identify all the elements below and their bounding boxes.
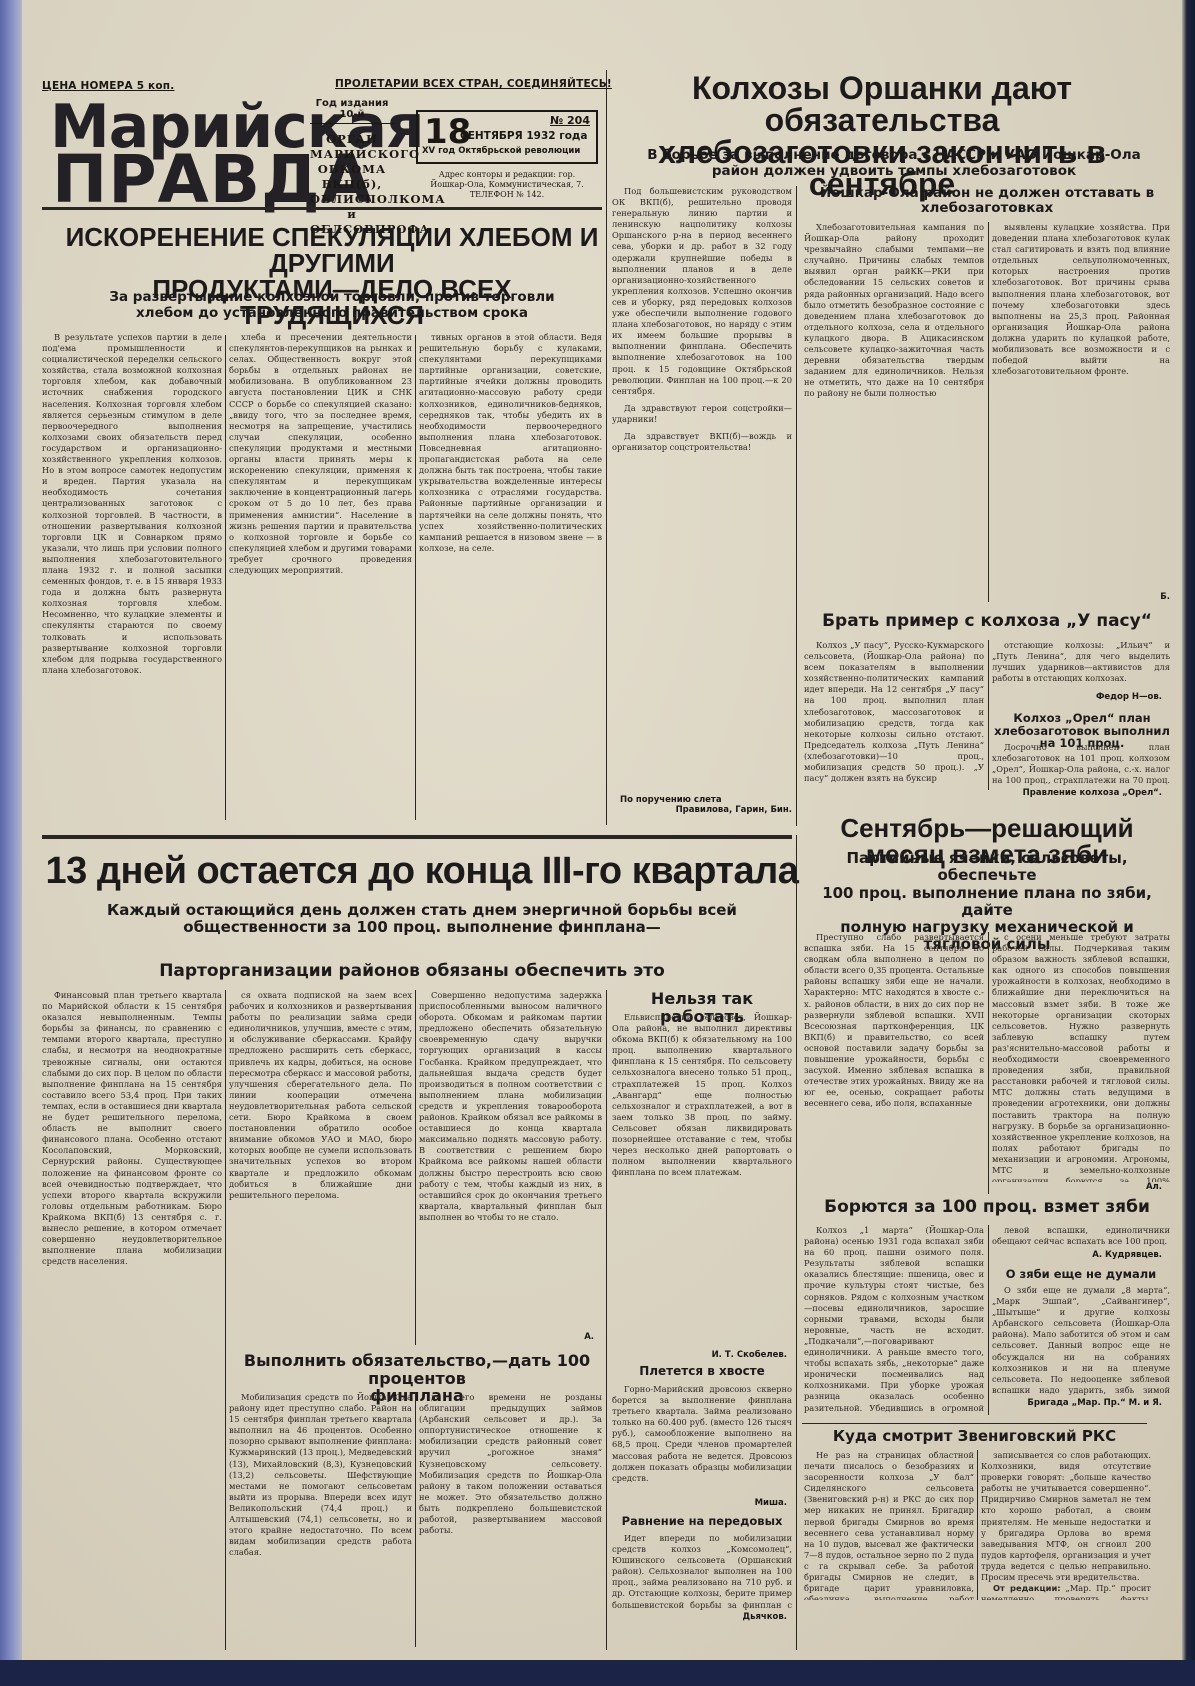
tail-body: Горно-Марийский дровсоюз скверно борется… (612, 1384, 792, 1494)
u-pasu-col2: отстающие колхозы: „Ильич“ и „Путь Ленин… (992, 640, 1170, 690)
not-thinking-headline: О зяби еще не думали (992, 1268, 1170, 1281)
editorial-address: Адрес конторы и редакции: гор. Йошкар-Ол… (422, 170, 592, 200)
orshanka-body: Под большевистским руководством ОК ВКП(б… (612, 186, 792, 786)
leaders-headline: Равнение на передовых (612, 1515, 792, 1528)
u-pasu-headline: Брать пример с колхоза „У пасу“ (802, 612, 1172, 631)
commit-col1: Мобилизация средств по Йошкар-Ола району… (229, 1392, 412, 1642)
issue-date-box: 18 № 204 СЕНТЯБРЯ 1932 года XV год Октяб… (416, 110, 598, 164)
speculation-subhead: За развертывание колхозной торговли, про… (52, 290, 612, 321)
fight-100-col2: левой вспашки, единоличники обещают сейч… (992, 1225, 1170, 1249)
september-zyab-col2: с осени меньше требуют затраты рабочей с… (992, 932, 1170, 1182)
orel-body: Досрочно выполнен план хлебозаготовок на… (992, 742, 1170, 787)
quarter-col3: Совершенно недопустима задержка приспосо… (419, 990, 602, 1330)
quarter-subhead-2: Парторганизации районов обязаны обеспечи… (62, 962, 762, 982)
zvenigovo-col1: Не раз на страницах областной печати пис… (804, 1450, 974, 1600)
price-label: ЦЕНА НОМЕРА 5 коп. (42, 80, 174, 92)
speculation-col3: тивных органов в этой области. Ведя реши… (419, 332, 602, 817)
fight-100-col1: Колхоз „1 марта“ (Йошкар-Ола района) осе… (804, 1225, 984, 1415)
u-pasu-col1: Колхоз „У пасу“, Русско-Кукмарского сель… (804, 640, 984, 790)
cant-work-body: Ельвиспинский сельсовет, Йошкар-Ола райо… (612, 1012, 792, 1347)
divider (42, 207, 602, 210)
publication-info: Год издания 10-й ОРГАН МАРИЙСКОГО ОБКОМА… (310, 98, 394, 237)
yoshkar-ola-col2: выявлены кулацкие хозяйства. При доведен… (992, 222, 1170, 592)
yoshkar-ola-headline: Йошкар-Ола район не должен отставать в х… (802, 186, 1172, 216)
quarter-col2: ся охвата подпиской на заем всех рабочих… (229, 990, 412, 1320)
speculation-col2: хлеба и пресечении деятельности спекулян… (229, 332, 412, 817)
column-rule (606, 70, 607, 825)
zvenigovo-headline: Куда смотрит Звениговский РКС (802, 1428, 1147, 1445)
zvenigovo-col2: записывается со слов работающих. Колхозн… (981, 1450, 1151, 1600)
tail-headline: Плетется в хвосте (612, 1365, 792, 1378)
revolution-year: XV год Октябрьской революции (422, 146, 580, 156)
slogan: ПРОЛЕТАРИИ ВСЕХ СТРАН, СОЕДИНЯЙТЕСЬ! (335, 78, 612, 90)
scan-edge-right (1181, 0, 1195, 1686)
orshanka-signature: По поручению слета Правилова, Гарин, Бин… (612, 795, 792, 815)
scan-edge-left (0, 0, 22, 1686)
quarter-subhead: Каждый остающийся день должен стать днем… (62, 902, 782, 937)
yoshkar-ola-col1: Хлебозаготовительная кампания по Йошкар-… (804, 222, 984, 602)
issue-number: № 204 (550, 114, 590, 127)
not-thinking-body: О зяби еще не думали „8 марта“, „Марк Эш… (992, 1285, 1170, 1395)
fight-100-headline: Борются за 100 проц. взмет зяби (802, 1198, 1172, 1217)
orshanka-subhead: В борьбе за выполнение договора с ЧАССР … (614, 148, 1174, 179)
divider (42, 835, 792, 839)
newspaper-page: ЦЕНА НОМЕРА 5 коп. ПРОЛЕТАРИИ ВСЕХ СТРАН… (22, 0, 1182, 1662)
orshanka-headline: Колхозы Оршанки дают обязательства хлебо… (622, 72, 1142, 200)
september-zyab-col1: Преступно слабо развертывается вспашка з… (804, 932, 984, 1192)
quarter-col1: Финансовый план третьего квартала по Мар… (42, 990, 222, 1640)
commit-col2: до сего времени не розданы облигации пре… (419, 1392, 602, 1642)
date-month-year: СЕНТЯБРЯ 1932 года (460, 130, 588, 142)
leaders-body: Идет впереди по мобилизации средств колх… (612, 1533, 792, 1613)
quarter-headline: 13 дней остается до конца III-го квартал… (42, 852, 802, 890)
scan-edge-bottom (0, 1660, 1195, 1686)
speculation-col1: В результате успехов партии в деле под'е… (42, 332, 222, 817)
year-of-publication: Год издания 10-й (310, 98, 394, 124)
